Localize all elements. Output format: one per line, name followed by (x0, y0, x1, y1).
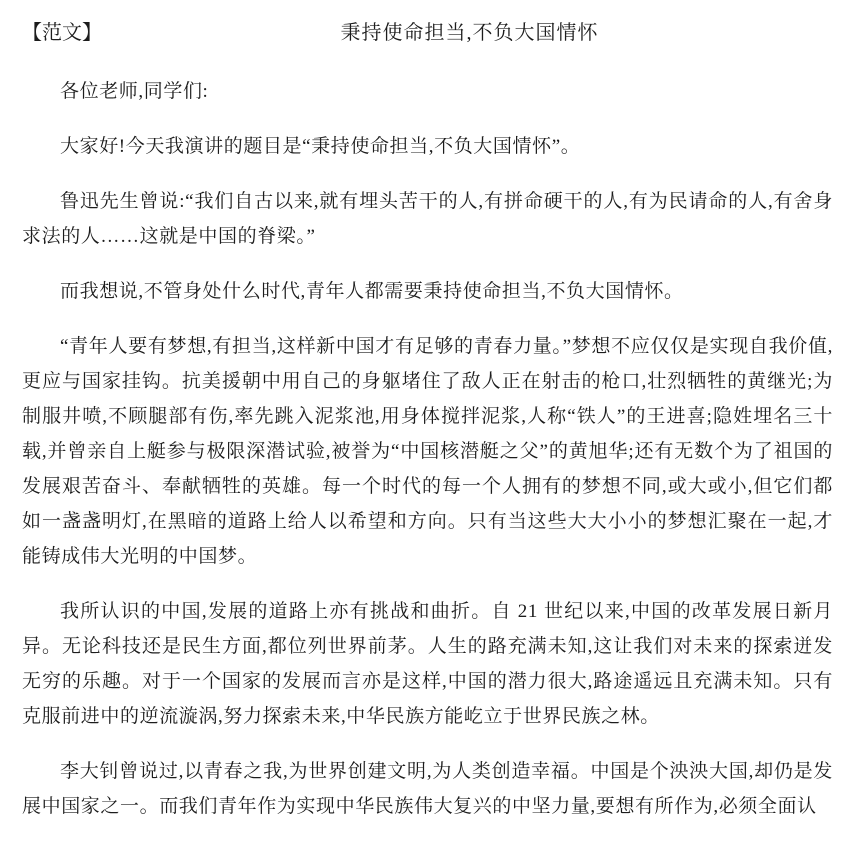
essay-type-label: 【范文】 (22, 16, 102, 51)
salutation-line: 各位老师,同学们: (22, 74, 833, 109)
essay-paragraph-heroes: “青年人要有梦想,有担当,这样新中国才有足够的青春力量。”梦想不应仅仅是实现自我… (22, 329, 833, 574)
essay-paragraph-thesis: 而我想说,不管身处什么时代,青年人都需要秉持使命担当,不负大国情怀。 (22, 274, 833, 309)
essay-paragraph-lidazhao: 李大钊曾说过,以青春之我,为世界创建文明,为人类创造幸福。中国是个泱泱大国,却仍… (22, 754, 833, 824)
document-page: 【范文】 秉持使命担当,不负大国情怀 各位老师,同学们: 大家好!今天我演讲的题… (0, 0, 857, 847)
essay-paragraph-greeting: 大家好!今天我演讲的题目是“秉持使命担当,不负大国情怀”。 (22, 129, 833, 164)
essay-paragraph-luxun-quote: 鲁迅先生曾说:“我们自古以来,就有埋头苦干的人,有拼命硬干的人,有为民请命的人,… (22, 184, 833, 254)
essay-title: 秉持使命担当,不负大国情怀 (22, 16, 833, 51)
essay-paragraph-china-development: 我所认识的中国,发展的道路上亦有挑战和曲折。自 21 世纪以来,中国的改革发展日… (22, 594, 833, 734)
document-header: 【范文】 秉持使命担当,不负大国情怀 (22, 16, 833, 51)
